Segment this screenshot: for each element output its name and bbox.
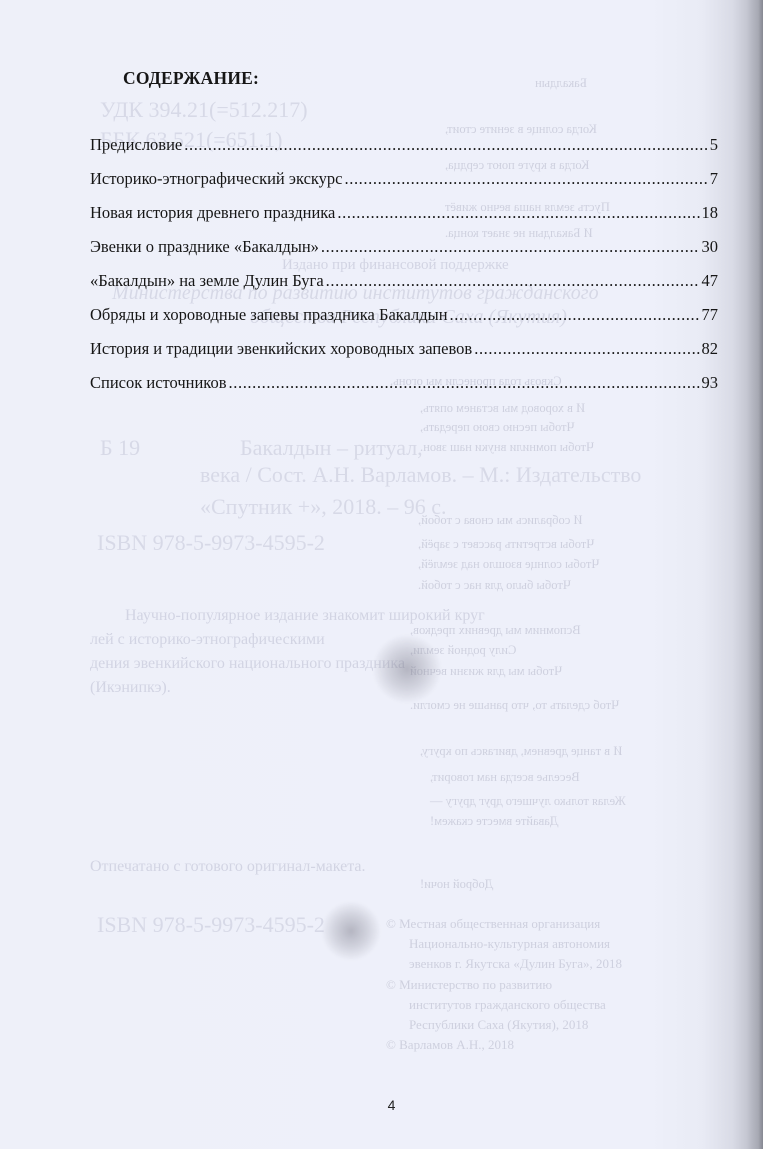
toc-entry-title: Историко-этнографический экскурс [90,169,343,189]
bleed-through-text: Чтобы помнили внуки наш звон. [420,440,594,455]
toc-leader-dots [337,203,699,223]
bleed-through-publisher: «Спутник +», 2018. – 96 с. [200,494,446,520]
bleed-through-copyright: эвенков г. Якутска «Дулин Буга», 2018 [409,956,622,972]
toc-entry[interactable]: История и традиции эвенкийских хороводны… [90,339,718,373]
toc-leader-dots [321,237,700,257]
toc-entry[interactable]: Предисловие 5 [90,135,718,169]
bleed-through-text: Веселье всегда нам говорит, [430,770,580,785]
book-page: Бакалдын УДК 394.21(=512.217) ББК 63.521… [0,0,763,1149]
bleed-through-copyright: © Министерство по развитию [386,977,552,993]
toc-entry-title: «Бакалдын» на земле Дулин Буга [90,271,324,291]
toc-entry-title: Список источников [90,373,227,393]
bleed-through-copyright: Республики Саха (Якутия), 2018 [409,1017,588,1033]
bleed-through-text: Чтобы песню свою передать, [420,420,575,435]
toc-entry[interactable]: Обряды и хороводные запевы праздника Бак… [90,305,718,339]
toc-entry-title: История и традиции эвенкийских хороводны… [90,339,472,359]
toc-entry-page: 82 [702,339,719,359]
toc-entry-page: 18 [702,203,719,223]
bleed-through-text: Давайте вместе скажем! [430,814,558,829]
ink-smudge [372,634,442,704]
bleed-through-title: Бакалдын – ритуал, [240,435,423,461]
toc-entry-page: 5 [710,135,718,155]
bleed-through-text: Чтоб сделать то, что раньше не смогли. [410,698,619,713]
toc-entry[interactable]: Историко-этнографический экскурс 7 [90,169,718,203]
bleed-through-annotation: Научно-популярное издание знакомит широк… [125,607,485,625]
bleed-through-annotation: лей с историко-этнографическими [90,631,325,649]
toc-leader-dots [450,305,700,325]
toc-heading: СОДЕРЖАНИЕ: [123,68,259,89]
page-number: 4 [0,1097,763,1113]
toc-entry-page: 77 [702,305,719,325]
toc-entry-title: Эвенки о празднике «Бакалдын» [90,237,319,257]
toc-entry-page: 47 [702,271,719,291]
bleed-through-printed: Отпечатано с готового оригинал-макета. [90,858,366,876]
bleed-through-copyright: © Местная общественная организация [386,916,600,932]
toc-entry-page: 93 [702,373,719,393]
toc-leader-dots [474,339,699,359]
bleed-through-copyright: Национально-культурная автономия [409,936,610,952]
bleed-through-b19: Б 19 [100,435,140,461]
bleed-through-annotation: дения эвенкийского национального праздни… [90,655,405,673]
toc-entry[interactable]: Эвенки о празднике «Бакалдын» 30 [90,237,718,271]
bleed-through-isbn-2: ISBN 978-5-9973-4595-2 [97,912,325,938]
bleed-through-author: века / Сост. А.Н. Варламов. – М.: Издате… [200,462,641,488]
toc-leader-dots [229,373,700,393]
bleed-through-text: И в танце древнем, двигаясь по кругу, [420,744,622,759]
bleed-through-text: Чтобы солнце взошло над землёй, [418,557,599,572]
toc-entry-title: Предисловие [90,135,182,155]
toc-entry-title: Обряды и хороводные запевы праздника Бак… [90,305,448,325]
bleed-through-copyright: © Варламов А.Н., 2018 [386,1037,514,1053]
toc-entry-page: 30 [702,237,719,257]
toc-entry[interactable]: Новая история древнего праздника 18 [90,203,718,237]
toc-entry[interactable]: Список источников 93 [90,373,718,407]
bleed-through-annotation: (Икэнипкэ). [90,679,171,697]
page-edge-shadow [747,0,763,1149]
bleed-through-isbn: ISBN 978-5-9973-4595-2 [97,530,325,556]
bleed-through-text: Вспомним мы древних предков, [410,623,581,638]
bleed-through-text: Чтобы было для нас с тобой. [418,578,571,593]
bleed-through-copyright: институтов гражданского общества [409,997,606,1013]
table-of-contents: Предисловие 5 Историко-этнографический э… [90,135,718,407]
bleed-through-text: Бакалдын [535,76,587,91]
bleed-through-text: Чтобы встретить рассвет с зарёй, [418,537,594,552]
toc-leader-dots [326,271,700,291]
bleed-through-text: И собрались мы снова с тобой, [418,513,583,528]
ink-smudge [322,900,380,962]
toc-entry-title: Новая история древнего праздника [90,203,335,223]
toc-entry-page: 7 [710,169,718,189]
bleed-through-text: Желая только лучшего друг другу — [430,794,626,809]
bleed-through-text: Доброй ночи! [420,877,493,892]
bleed-through-udk: УДК 394.21(=512.217) [100,97,308,123]
toc-entry[interactable]: «Бакалдын» на земле Дулин Буга 47 [90,271,718,305]
toc-leader-dots [184,135,708,155]
toc-leader-dots [345,169,708,189]
